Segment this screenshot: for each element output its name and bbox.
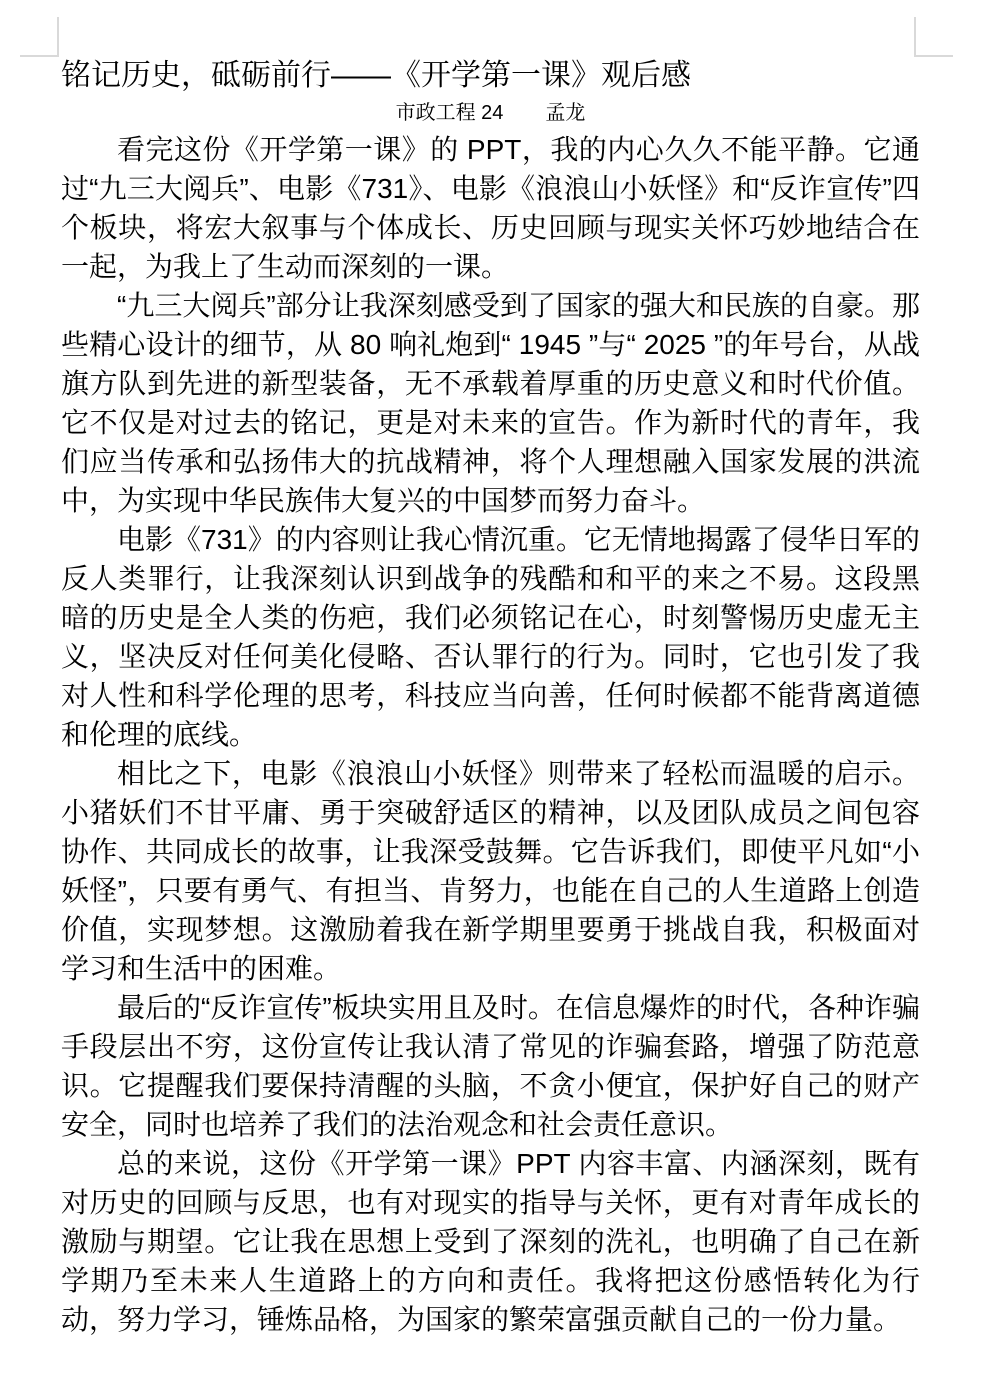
paragraph: 相比之下，电影《浪浪山小妖怪》则带来了轻松而温暖的启示。小猪妖们不甘平庸、勇于突… xyxy=(61,754,920,988)
page-margin-mark-top-right xyxy=(914,17,953,57)
document-page: 铭记历史，砥砺前行——《开学第一课》观后感 市政工程 24孟龙 看完这份《开学第… xyxy=(0,0,983,1383)
paragraph: “九三大阅兵”部分让我深刻感受到了国家的强大和民族的自豪。那些精心设计的细节，从… xyxy=(61,286,920,520)
document-body: 看完这份《开学第一课》的 PPT，我的内心久久不能平静。它通过“九三大阅兵”、电… xyxy=(61,130,920,1339)
paragraph: 总的来说，这份《开学第一课》PPT 内容丰富、内涵深刻，既有对历史的回顾与反思，… xyxy=(61,1144,920,1339)
paragraph: 最后的“反诈宣传”板块实用且及时。在信息爆炸的时代，各种诈骗手段层出不穷，这份宣… xyxy=(61,988,920,1144)
page-margin-mark-top-left xyxy=(20,17,59,57)
paragraph: 看完这份《开学第一课》的 PPT，我的内心久久不能平静。它通过“九三大阅兵”、电… xyxy=(61,130,920,286)
byline-class: 市政工程 24 xyxy=(396,102,504,124)
document-title: 铭记历史，砥砺前行——《开学第一课》观后感 xyxy=(61,54,920,97)
document-content: 铭记历史，砥砺前行——《开学第一课》观后感 市政工程 24孟龙 看完这份《开学第… xyxy=(61,54,920,1339)
paragraph: 电影《731》的内容则让我心情沉重。它无情地揭露了侵华日军的反人类罪行，让我深刻… xyxy=(61,520,920,754)
byline-author: 孟龙 xyxy=(545,102,585,124)
byline: 市政工程 24孟龙 xyxy=(61,97,920,130)
